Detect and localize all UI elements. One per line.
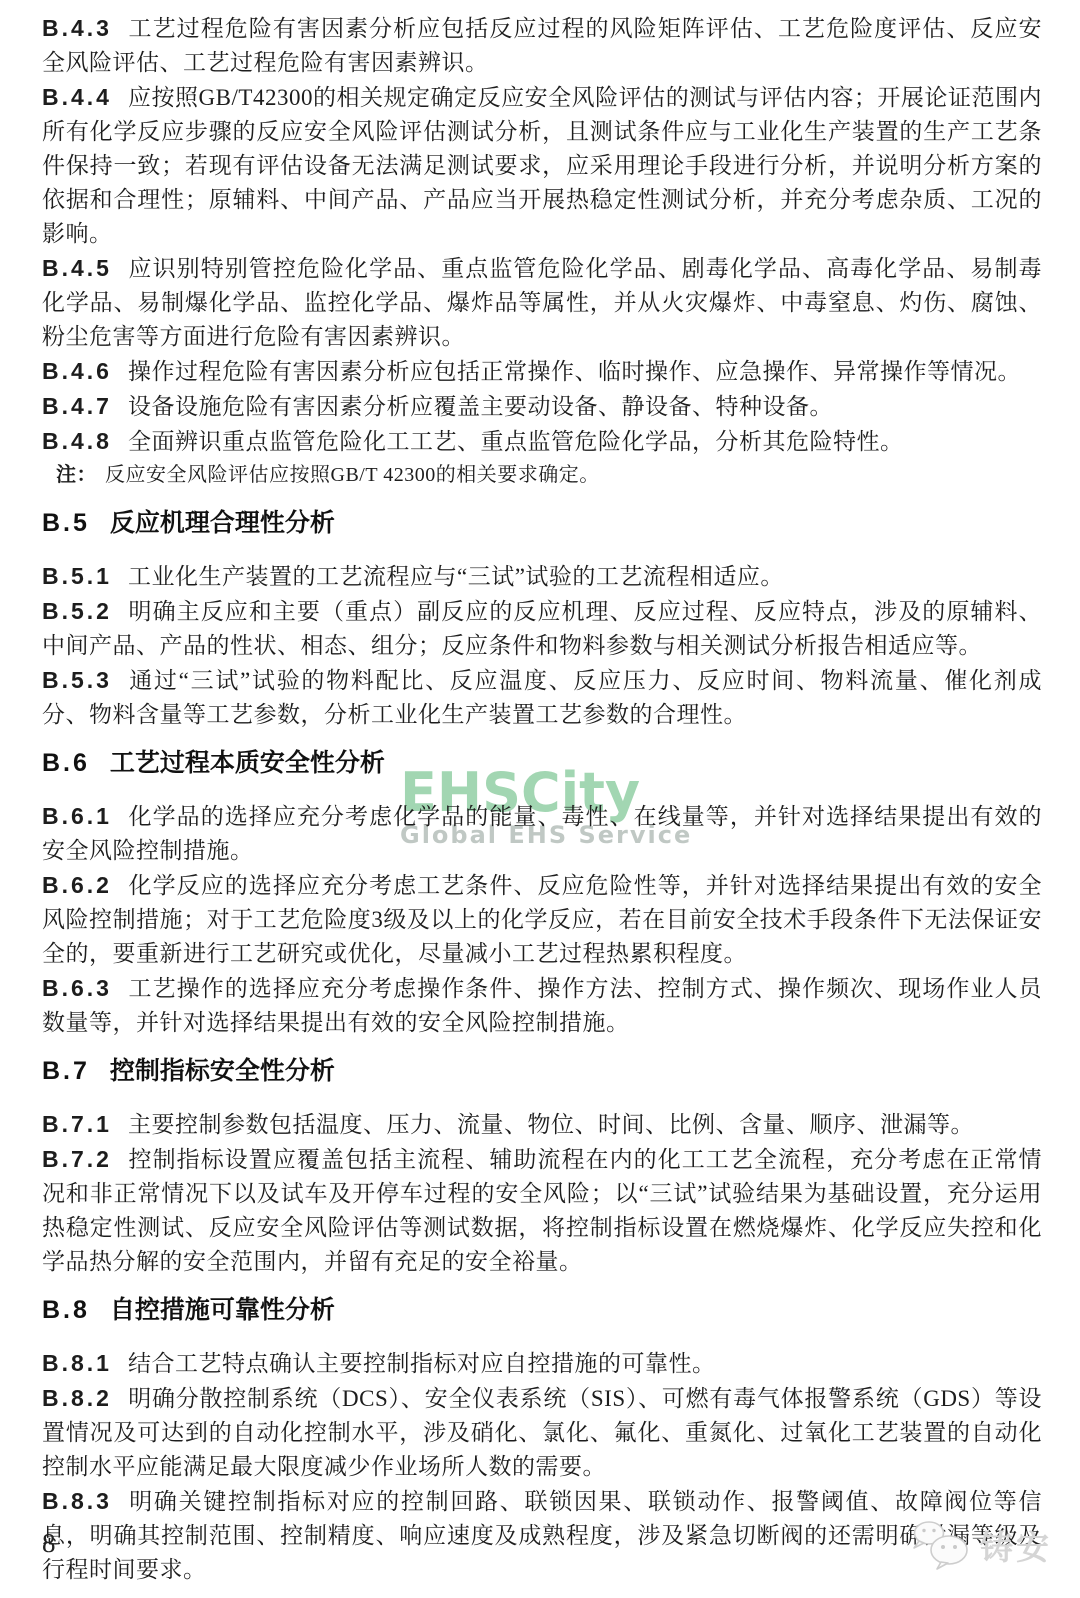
heading-title: 工艺过程本质安全性分析 bbox=[110, 749, 385, 777]
clause-number: B.4.3 bbox=[42, 15, 112, 41]
clause-text: 明确关键控制指标对应的控制回路、联锁因果、联锁动作、报警阈值、故障阀位等信息，明… bbox=[42, 1489, 1042, 1582]
note-line: 注：反应安全风险评估应按照GB/T 42300的相关要求确定。 bbox=[56, 459, 1042, 492]
clause-b4-8: B.4.8全面辨识重点监管危险化工工艺、重点监管危险化学品，分析其危险特性。 bbox=[42, 424, 1042, 459]
heading-title: 控制指标安全性分析 bbox=[110, 1057, 335, 1085]
clause-text: 全面辨识重点监管危险化工工艺、重点监管危险化学品，分析其危险特性。 bbox=[128, 429, 904, 454]
clause-number: B.5.1 bbox=[42, 563, 112, 589]
section-heading-b5: B.5反应机理合理性分析 bbox=[42, 506, 1042, 540]
section-heading-b7: B.7控制指标安全性分析 bbox=[42, 1054, 1042, 1088]
clause-number: B.4.8 bbox=[42, 428, 112, 454]
clause-text: 工艺过程危险有害因素分析应包括反应过程的风险矩阵评估、工艺危险度评估、反应安全风… bbox=[42, 16, 1042, 75]
note-label: 注： bbox=[56, 464, 97, 486]
clause-b5-2: B.5.2明确主反应和主要（重点）副反应的反应机理、反应过程、反应特点，涉及的原… bbox=[42, 594, 1042, 663]
footer-logo-text: 铸安 bbox=[980, 1522, 1052, 1569]
page-number: 8 bbox=[42, 1528, 56, 1559]
clause-number: B.4.7 bbox=[42, 393, 112, 419]
section-heading-b6: B.6工艺过程本质安全性分析 bbox=[42, 746, 1042, 780]
clause-b8-2: B.8.2明确分散控制系统（DCS）、安全仪表系统（SIS）、可燃有毒气体报警系… bbox=[42, 1381, 1042, 1484]
document-body: B.4.3工艺过程危险有害因素分析应包括反应过程的风险矩阵评估、工艺危险度评估、… bbox=[42, 11, 1042, 1587]
heading-number: B.7 bbox=[42, 1057, 90, 1085]
heading-number: B.5 bbox=[42, 509, 90, 537]
zhuan-footer-logo: 铸安 bbox=[910, 1520, 1052, 1570]
clause-number: B.4.6 bbox=[42, 358, 112, 384]
clause-number: B.5.2 bbox=[42, 598, 112, 624]
clause-text: 工业化生产装置的工艺流程应与“三试”试验的工艺流程相适应。 bbox=[128, 564, 784, 589]
clause-text: 操作过程危险有害因素分析应包括正常操作、临时操作、应急操作、异常操作等情况。 bbox=[128, 359, 1021, 384]
clause-number: B.5.3 bbox=[42, 667, 112, 693]
clause-number: B.8.3 bbox=[42, 1488, 112, 1514]
clause-number: B.7.2 bbox=[42, 1146, 112, 1172]
clause-b4-3: B.4.3工艺过程危险有害因素分析应包括反应过程的风险矩阵评估、工艺危险度评估、… bbox=[42, 11, 1042, 80]
clause-text: 化学反应的选择应充分考虑工艺条件、反应危险性等，并针对选择结果提出有效的安全风险… bbox=[42, 873, 1042, 966]
clause-text: 明确主反应和主要（重点）副反应的反应机理、反应过程、反应特点，涉及的原辅料、中间… bbox=[42, 599, 1042, 658]
clause-b4-7: B.4.7设备设施危险有害因素分析应覆盖主要动设备、静设备、特种设备。 bbox=[42, 389, 1042, 424]
clause-text: 结合工艺特点确认主要控制指标对应自控措施的可靠性。 bbox=[128, 1351, 716, 1376]
clause-b5-3: B.5.3通过“三试”试验的物料配比、反应温度、反应压力、反应时间、物料流量、催… bbox=[42, 663, 1042, 732]
clause-text: 应识别特别管控危险化学品、重点监管危险化学品、剧毒化学品、高毒化学品、易制毒化学… bbox=[42, 256, 1042, 349]
clause-b6-3: B.6.3工艺操作的选择应充分考虑操作条件、操作方法、控制方式、操作频次、现场作… bbox=[42, 971, 1042, 1040]
heading-title: 反应机理合理性分析 bbox=[110, 509, 335, 537]
section-heading-b8: B.8自控措施可靠性分析 bbox=[42, 1293, 1042, 1327]
clause-number: B.6.1 bbox=[42, 803, 112, 829]
note-text: 反应安全风险评估应按照GB/T 42300的相关要求确定。 bbox=[105, 464, 600, 486]
clause-b7-1: B.7.1主要控制参数包括温度、压力、流量、物位、时间、比例、含量、顺序、泄漏等… bbox=[42, 1107, 1042, 1142]
clause-text: 通过“三试”试验的物料配比、反应温度、反应压力、反应时间、物料流量、催化剂成分、… bbox=[42, 668, 1042, 727]
clause-number: B.8.1 bbox=[42, 1350, 112, 1376]
clause-text: 主要控制参数包括温度、压力、流量、物位、时间、比例、含量、顺序、泄漏等。 bbox=[128, 1112, 974, 1137]
clause-text: 明确分散控制系统（DCS）、安全仪表系统（SIS）、可燃有毒气体报警系统（GDS… bbox=[42, 1386, 1042, 1479]
clause-b4-4: B.4.4应按照GB/T42300的相关规定确定反应安全风险评估的测试与评估内容… bbox=[42, 80, 1042, 251]
clause-b8-3: B.8.3明确关键控制指标对应的控制回路、联锁因果、联锁动作、报警阈值、故障阀位… bbox=[42, 1484, 1042, 1587]
clause-b6-2: B.6.2化学反应的选择应充分考虑工艺条件、反应危险性等，并针对选择结果提出有效… bbox=[42, 868, 1042, 971]
clause-text: 工艺操作的选择应充分考虑操作条件、操作方法、控制方式、操作频次、现场作业人员数量… bbox=[42, 976, 1042, 1035]
clause-b7-2: B.7.2控制指标设置应覆盖包括主流程、辅助流程在内的化工工艺全流程，充分考虑在… bbox=[42, 1142, 1042, 1279]
clause-text: 控制指标设置应覆盖包括主流程、辅助流程在内的化工工艺全流程，充分考虑在正常情况和… bbox=[42, 1147, 1042, 1274]
heading-number: B.6 bbox=[42, 749, 90, 777]
clause-text: 设备设施危险有害因素分析应覆盖主要动设备、静设备、特种设备。 bbox=[128, 394, 833, 419]
clause-b8-1: B.8.1结合工艺特点确认主要控制指标对应自控措施的可靠性。 bbox=[42, 1346, 1042, 1381]
clause-text: 应按照GB/T42300的相关规定确定反应安全风险评估的测试与评估内容；开展论证… bbox=[42, 85, 1042, 246]
clause-number: B.6.3 bbox=[42, 975, 112, 1001]
clause-number: B.6.2 bbox=[42, 872, 112, 898]
clause-b6-1: B.6.1化学品的选择应充分考虑化学品的能量、毒性、在线量等，并针对选择结果提出… bbox=[42, 799, 1042, 868]
clause-number: B.7.1 bbox=[42, 1111, 112, 1137]
clause-number: B.8.2 bbox=[42, 1385, 112, 1411]
clause-b5-1: B.5.1工业化生产装置的工艺流程应与“三试”试验的工艺流程相适应。 bbox=[42, 559, 1042, 594]
wechat-icon bbox=[910, 1520, 972, 1570]
heading-number: B.8 bbox=[42, 1296, 90, 1324]
clause-b4-6: B.4.6操作过程危险有害因素分析应包括正常操作、临时操作、应急操作、异常操作等… bbox=[42, 354, 1042, 389]
document-page: EHSCity Global EHS Service B.4.3工艺过程危险有害… bbox=[0, 0, 1080, 1598]
clause-b4-5: B.4.5应识别特别管控危险化学品、重点监管危险化学品、剧毒化学品、高毒化学品、… bbox=[42, 251, 1042, 354]
clause-number: B.4.4 bbox=[42, 84, 112, 110]
clause-text: 化学品的选择应充分考虑化学品的能量、毒性、在线量等，并针对选择结果提出有效的安全… bbox=[42, 804, 1042, 863]
heading-title: 自控措施可靠性分析 bbox=[110, 1296, 335, 1324]
clause-number: B.4.5 bbox=[42, 255, 112, 281]
